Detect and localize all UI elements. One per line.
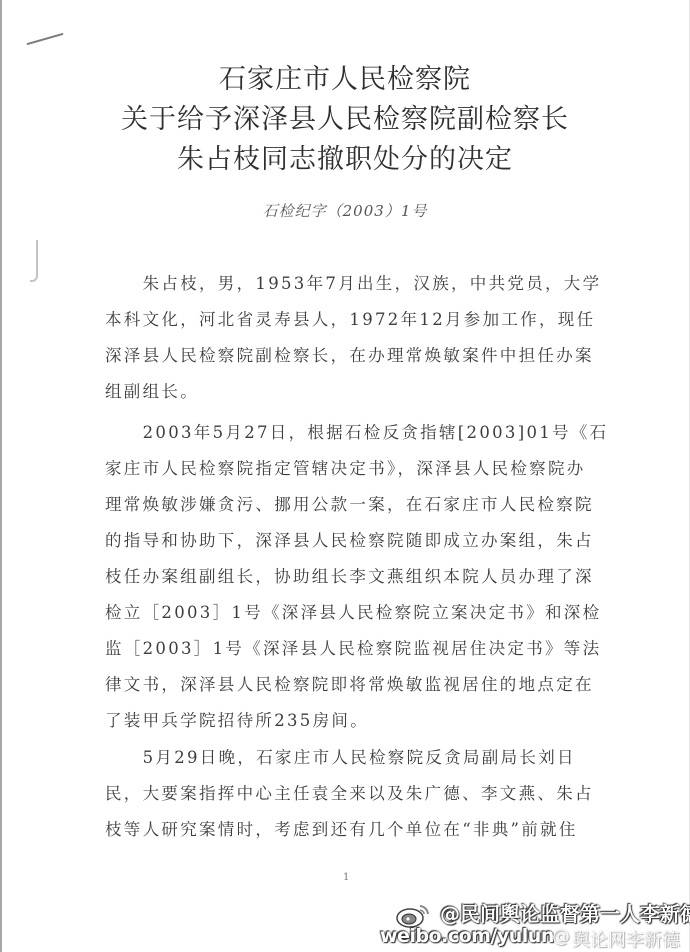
paragraph-3-line-1: 5月29日晚，石家庄市人民检察院反贪局副局长刘日 (105, 744, 605, 768)
paragraph-1-line-3: 深泽县人民检察院副检察长，在办理常焕敏案件中担任办案 (105, 342, 605, 366)
document-number: 石检纪字（2003）1号 (0, 200, 690, 221)
pen-stroke-mark (26, 33, 63, 45)
paragraph-2-line-4: 的指导和协助下，深泽县人民检察院随即成立办案组，朱占 (105, 527, 605, 551)
paragraph-1-line-2: 本科文化，河北省灵寿县人，1972年12月参加工作，现任 (105, 306, 605, 330)
document-title-line-3: 朱占枝同志撤职处分的决定 (0, 137, 690, 176)
paragraph-1-line-1: 朱占枝，男，1953年7月出生，汉族，中共党员，大学 (105, 270, 605, 294)
watermark-secondary-handle: 舆论网李新德 (572, 926, 680, 952)
watermark-url: weibo.com/yulun (380, 925, 554, 947)
paragraph-3-line-3: 枝等人研究案情时，考虑到还有几个单位在“非典”前就住 (105, 816, 605, 840)
paragraph-2-line-7: 监［2003］1号《深泽县人民检察院监视居住决定书》等法 (105, 635, 605, 659)
document-title-line-1: 石家庄市人民检察院 (0, 57, 690, 96)
watermark-handle: @民间舆论监督第一人李新德 (440, 898, 690, 927)
paragraph-2-line-8: 律文书，深泽县人民检察院即将常焕敏监视居住的地点定在 (105, 671, 605, 695)
paragraph-2-line-3: 理常焕敏涉嫌贪污、挪用公款一案，在石家庄市人民检察院 (105, 491, 605, 515)
page-number-mark: 1 (343, 872, 349, 883)
watermark-secondary-at: @ (552, 926, 570, 947)
paragraph-2-line-5: 枝任办案组副组长，协助组长李文燕组织本院人员办理了深 (105, 563, 605, 587)
pen-hook-mark (30, 240, 38, 282)
paragraph-2-line-2: 家庄市人民检察院指定管辖决定书》，深泽县人民检察院办 (105, 455, 605, 479)
paragraph-2-line-1: 2003年5月27日，根据石检反贪指辖[2003]01号《石 (105, 419, 605, 443)
paragraph-3-line-2: 民，大要案指挥中心主任袁全来以及朱广德、李文燕、朱占 (105, 780, 605, 804)
document-title-line-2: 关于给予深泽县人民检察院副检察长 (0, 97, 690, 136)
paragraph-2-line-9: 了装甲兵学院招待所235房间。 (105, 707, 605, 731)
paragraph-1-line-4: 组副组长。 (105, 378, 605, 402)
paragraph-2-line-6: 检立［2003］1号《深泽县人民检察院立案决定书》和深检 (105, 599, 605, 623)
